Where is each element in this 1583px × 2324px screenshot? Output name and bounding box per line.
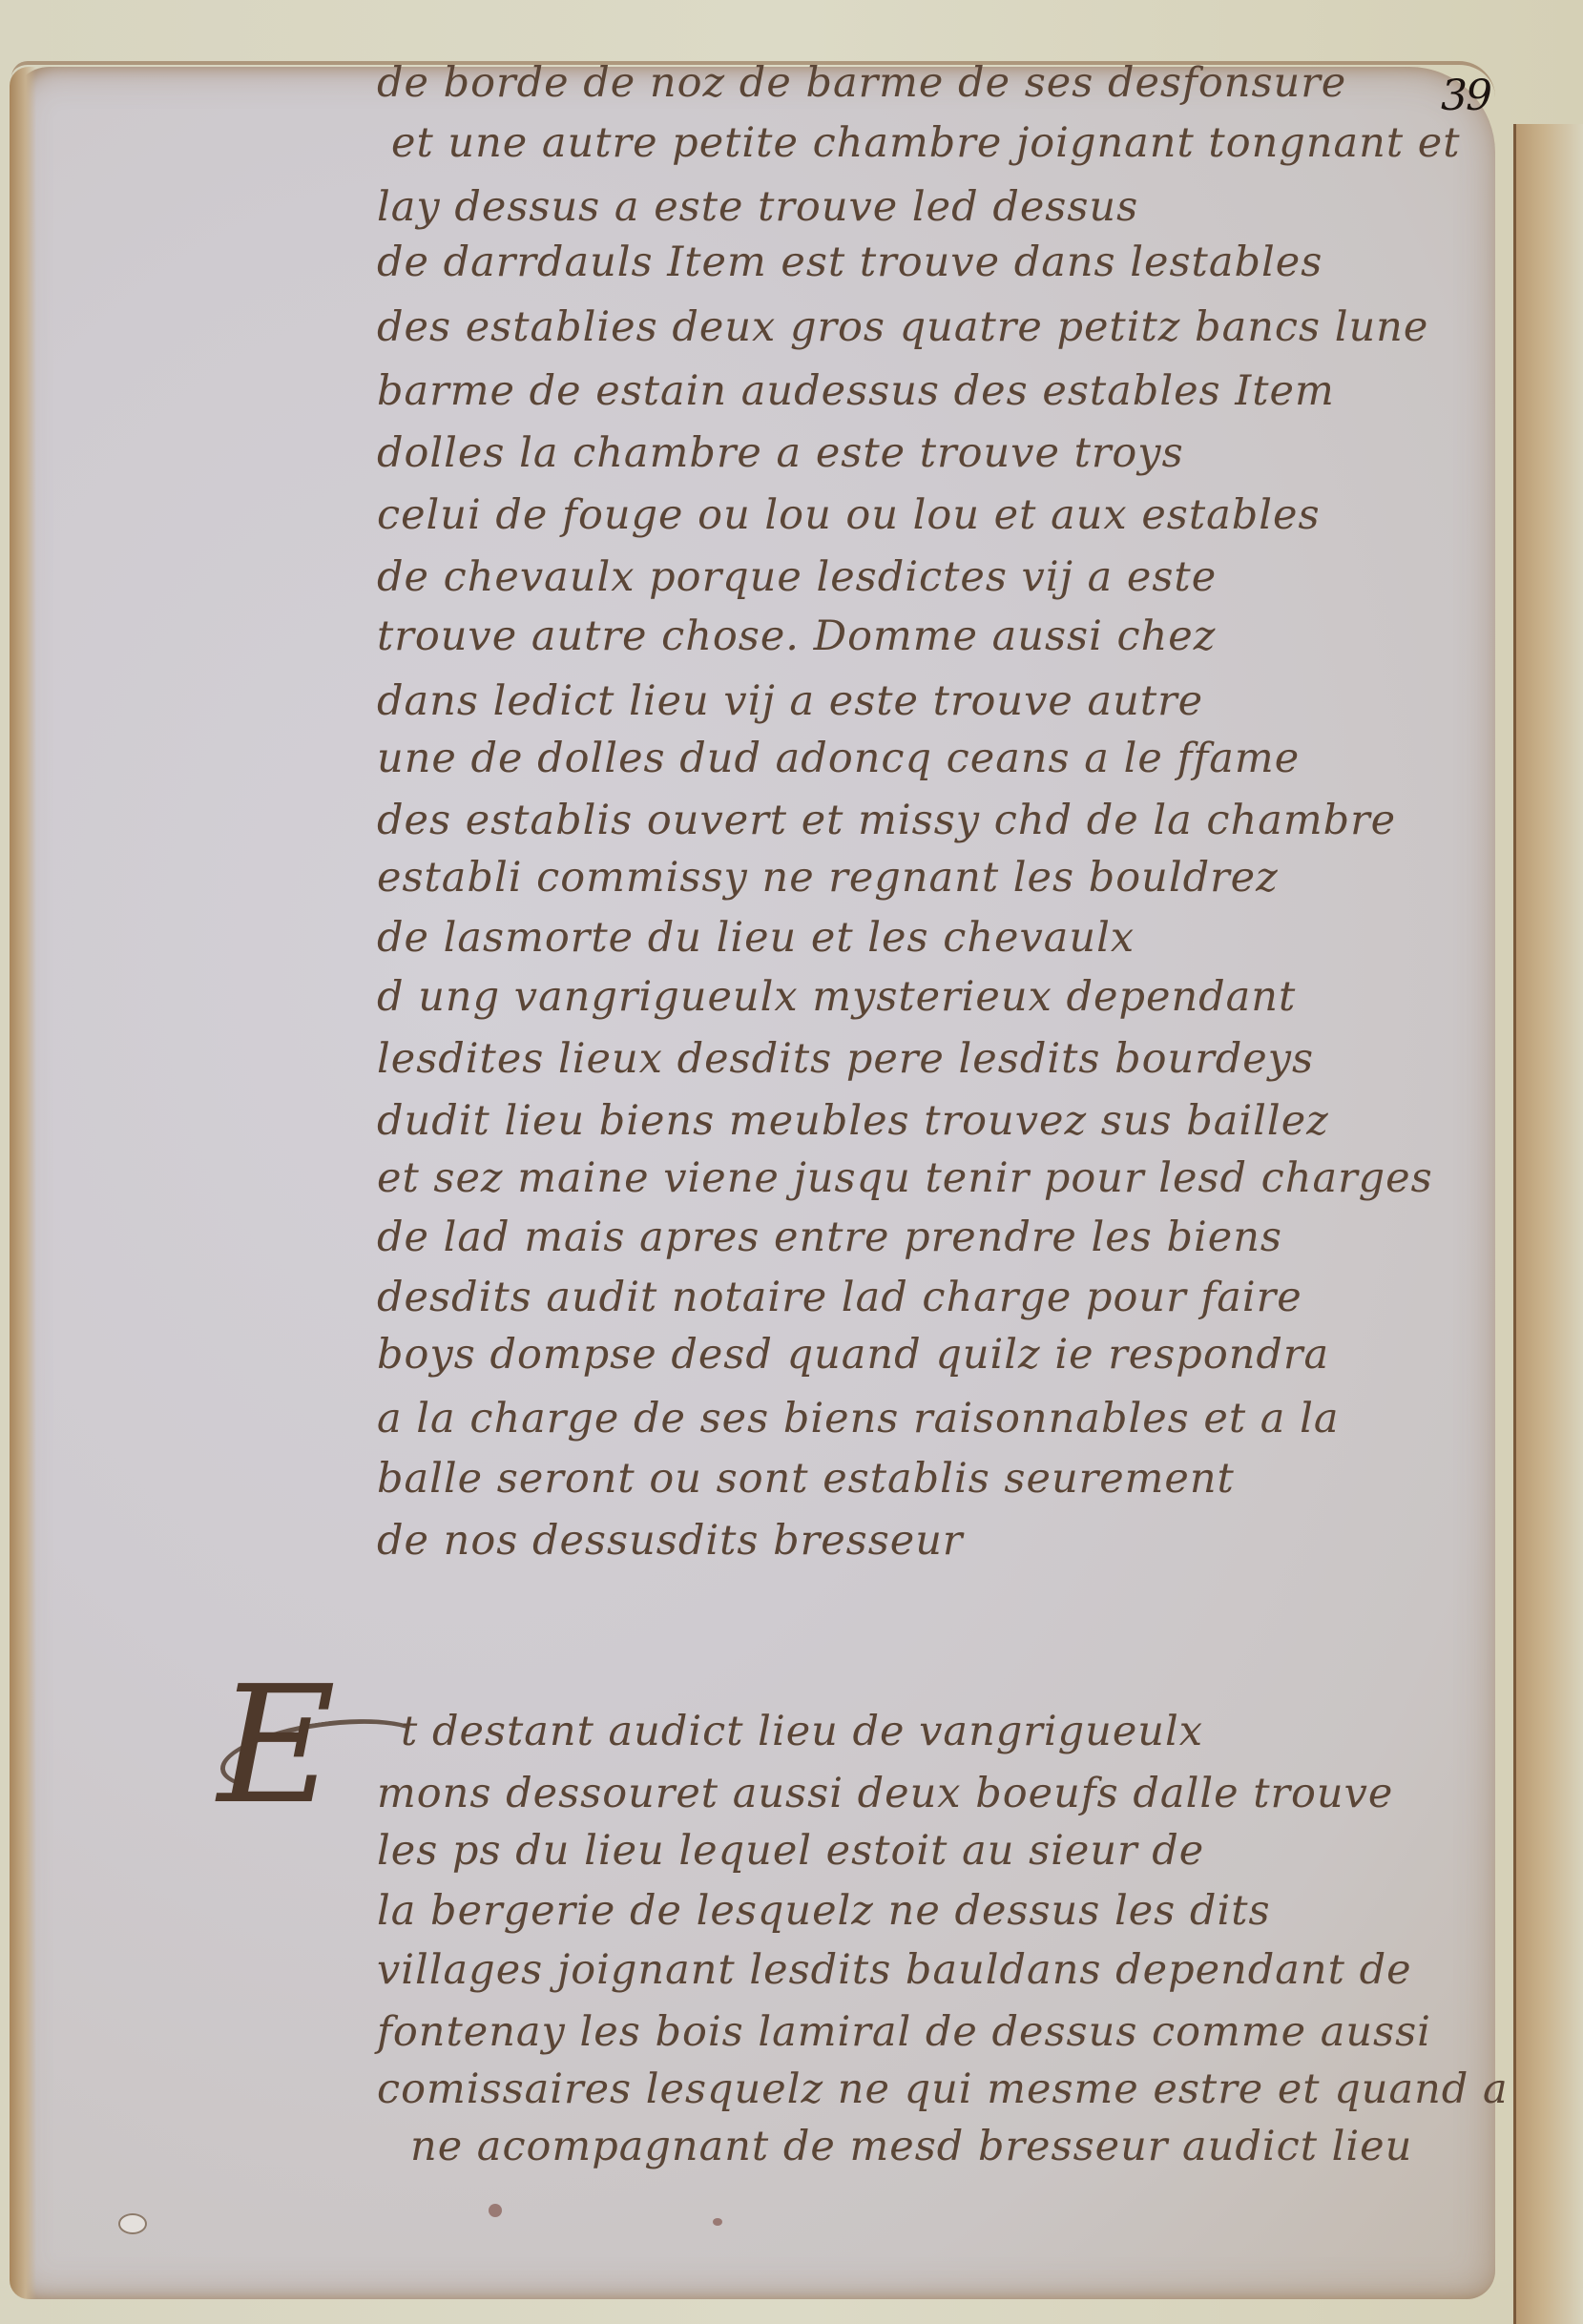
text-line: ne acompagnant de mesd bresseur audict l… [410,2123,1412,2170]
text-line: de nos dessusdits bresseur [377,1517,963,1565]
text-line: lesdites lieux desdits pere lesdits bour… [377,1035,1314,1083]
text-line: mons dessouret aussi deux boeufs dalle t… [377,1770,1393,1817]
text-line: de borde de noz de barme de ses desfonsu… [377,59,1346,107]
manuscript-text: de borde de noz de barme de ses desfonsu… [0,0,1583,2324]
text-line: comissaires lesquelz ne qui mesme estre … [377,2065,1509,2113]
text-line: establi commissy ne regnant les bouldrez [377,854,1279,902]
text-line: t destant audict lieu de vangrigueulx [401,1708,1203,1755]
text-line: boys dompse desd quand quilz ie respondr… [377,1331,1329,1379]
text-line: de darrdauls Item est trouve dans lestab… [377,239,1323,286]
text-line: de chevaulx porque lesdictes vij a este [377,553,1217,601]
text-line: et une autre petite chambre joignant ton… [391,119,1461,167]
text-line: villages joignant lesdits bauldans depen… [377,1946,1412,1994]
text-line: et sez maine viene jusqu tenir pour lesd… [377,1154,1433,1202]
text-line: dans ledict lieu vij a este trouve autre [377,677,1203,725]
text-line: fontenay les bois lamiral de dessus comm… [377,2008,1431,2056]
text-line: d ung vangrigueulx mysterieux dependant [377,973,1296,1021]
text-line: dudit lieu biens meubles trouvez sus bai… [377,1097,1329,1145]
text-line: dolles la chambre a este trouve troys [377,429,1184,477]
text-line: des establis ouvert et missy chd de la c… [377,797,1396,844]
text-line: balle seront ou sont establis seurement [377,1455,1235,1503]
text-line: celui de fouge ou lou ou lou et aux esta… [377,491,1321,539]
text-line: les ps du lieu lequel estoit au sieur de [377,1827,1204,1875]
text-line: une de dolles dud adoncq ceans a le ffam… [377,735,1300,782]
text-line: la bergerie de lesquelz ne dessus les di… [377,1887,1271,1935]
text-line: a la charge de ses biens raisonnables et… [377,1395,1340,1442]
text-line: de lasmorte du lieu et les chevaulx [377,914,1135,962]
text-line: des establies deux gros quatre petitz ba… [377,303,1428,351]
text-line: barme de estain audessus des estables It… [377,367,1335,415]
text-line: de lad mais apres entre prendre les bien… [377,1214,1282,1261]
text-line: lay dessus a este trouve led dessus [377,183,1138,231]
text-line: trouve autre chose. Domme aussi chez [377,612,1216,660]
text-line: desdits audit notaire lad charge pour fa… [377,1274,1302,1321]
